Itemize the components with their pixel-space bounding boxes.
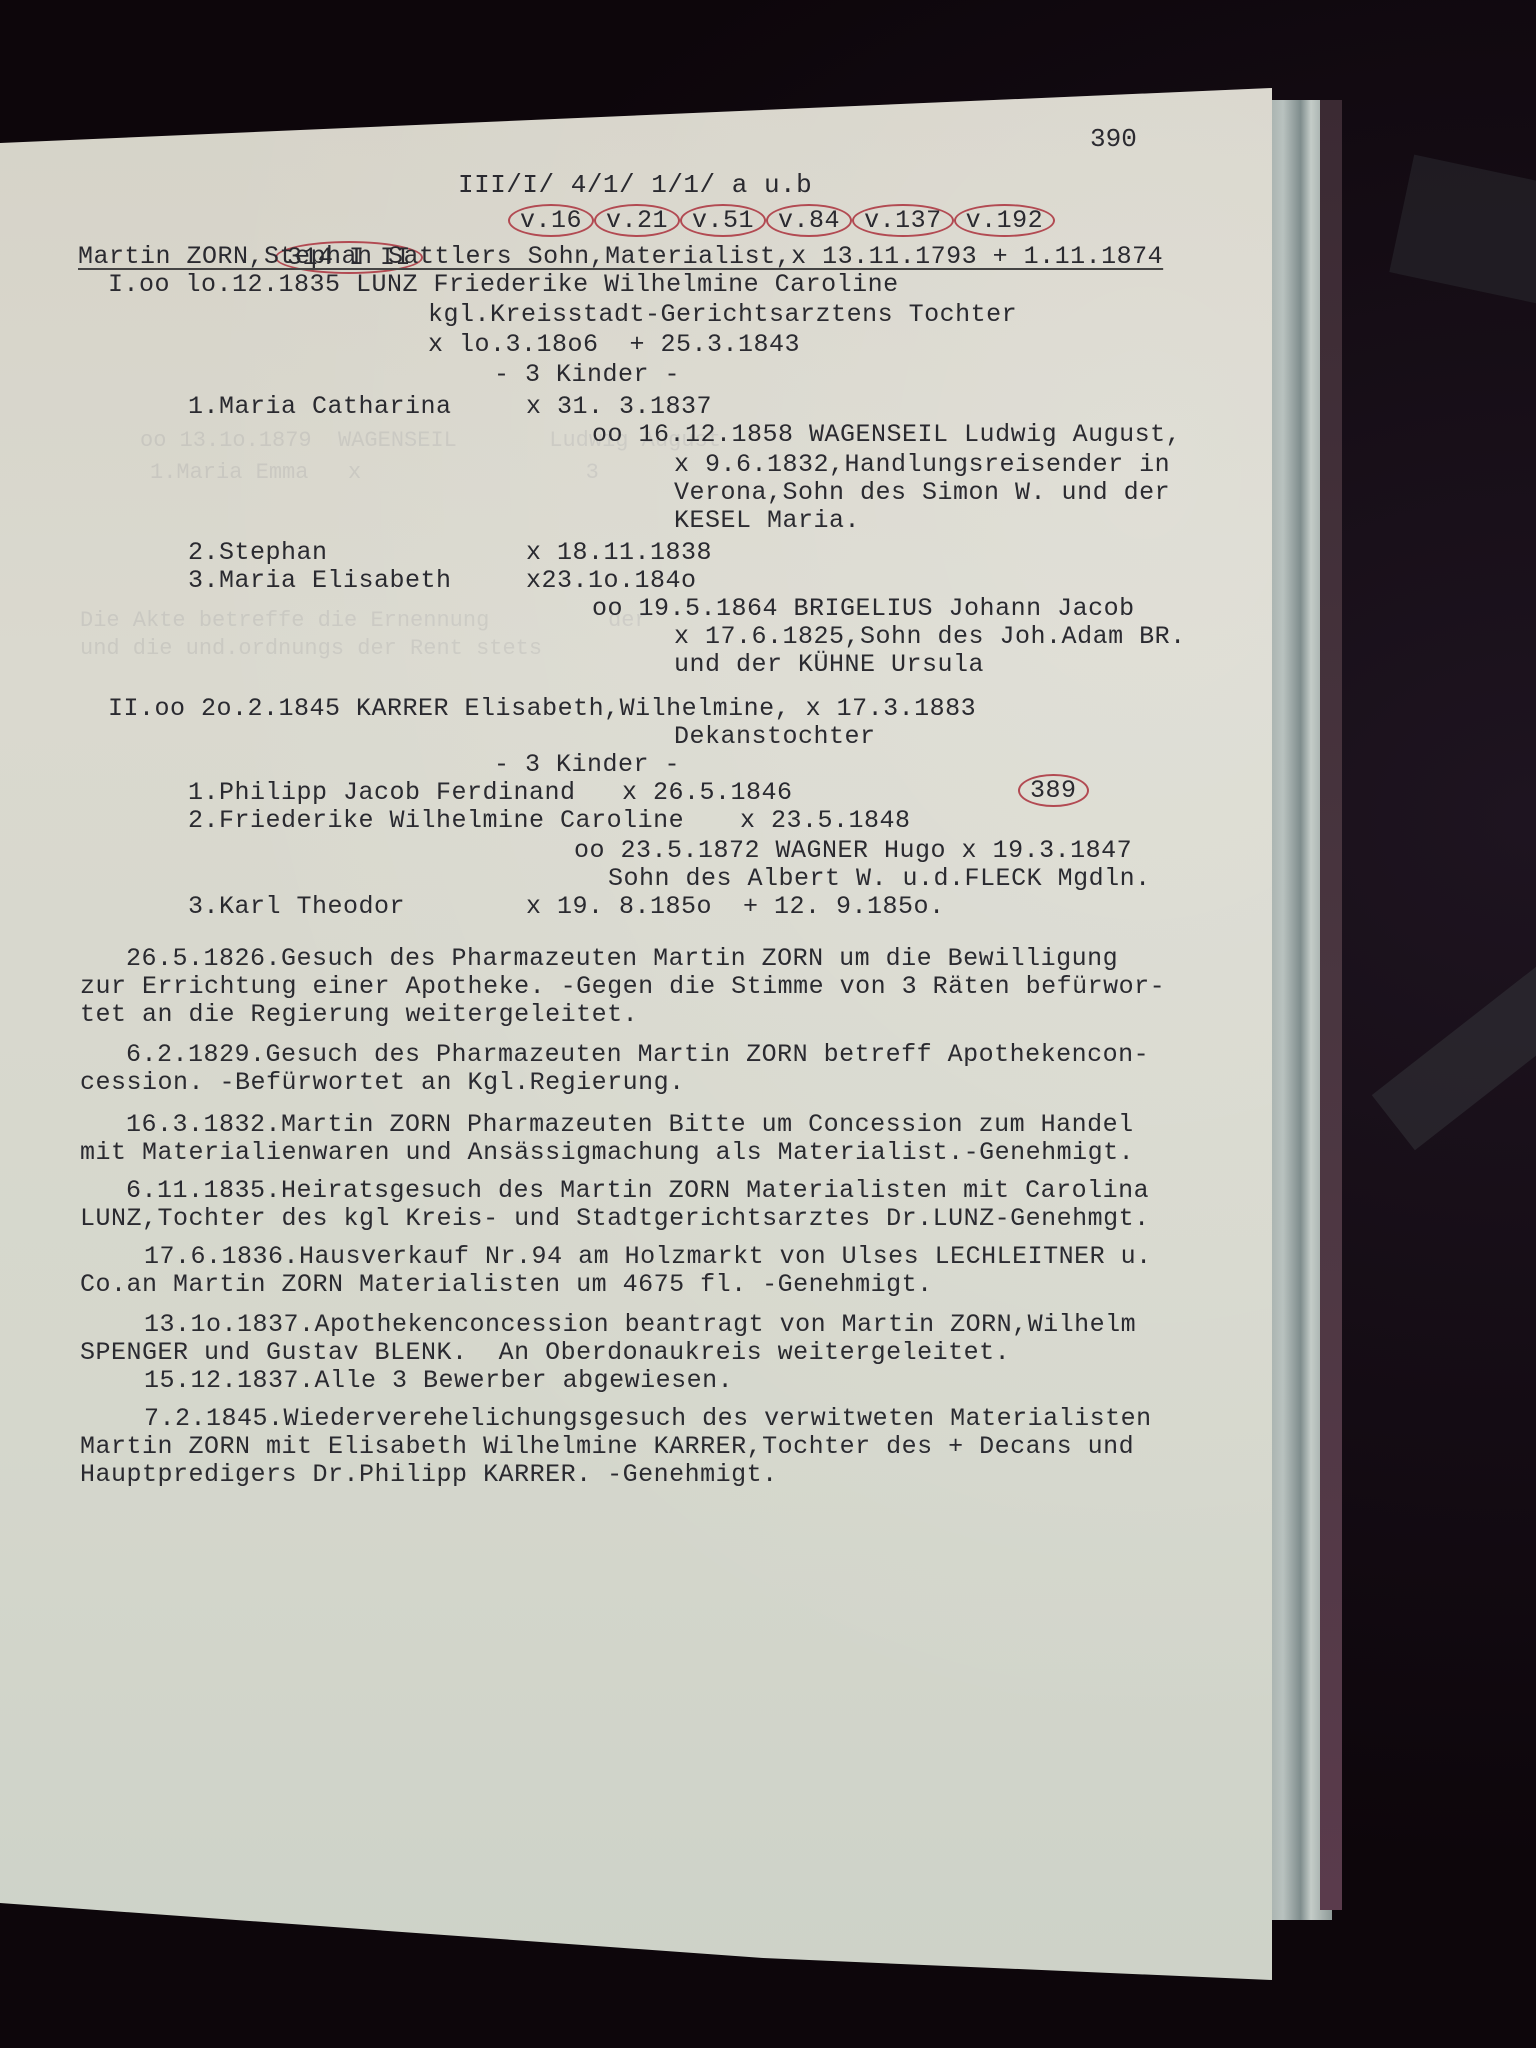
book-cover-edge	[1320, 100, 1342, 1910]
record-line: Martin ZORN mit Elisabeth Wilhelmine KAR…	[80, 1432, 1134, 1461]
volume-ref: v.192	[954, 204, 1056, 237]
record-line: 13.1o.1837.Apothekenconcession beantragt…	[144, 1310, 1136, 1339]
child-note: oo 23.5.1872 WAGNER Hugo x 19.3.1847	[574, 836, 1132, 865]
child-birth: x 18.11.1838	[526, 538, 712, 567]
child-name: 2.Stephan	[188, 538, 328, 567]
child-name: 1.Philipp Jacob Ferdinand	[188, 778, 576, 807]
child-note: oo 19.5.1864 BRIGELIUS Johann Jacob	[592, 594, 1135, 623]
record-line: Co.an Martin ZORN Materialisten um 4675 …	[80, 1270, 933, 1299]
child-note: und der KÜHNE Ursula	[674, 650, 984, 679]
marriage-1-detail: kgl.Kreisstadt-Gerichtsarztens Tochter	[428, 300, 1017, 329]
child-name: 1.Maria Catharina	[188, 392, 452, 421]
child-name: 3.Karl Theodor	[188, 892, 405, 921]
marriage-2-detail: Dekanstochter	[674, 722, 876, 751]
record-line: 6.2.1829.Gesuch des Pharmazeuten Martin …	[126, 1040, 1149, 1069]
child-birth: x 19. 8.185o + 12. 9.185o.	[526, 892, 945, 921]
child-birth: x 31. 3.1837	[526, 392, 712, 421]
circled-ref: 389	[1018, 774, 1089, 807]
record-line: 16.3.1832.Martin ZORN Pharmazeuten Bitte…	[126, 1110, 1134, 1139]
archive-signature: III/I/ 4/1/ 1/1/ a u.b	[458, 170, 812, 200]
children-count-1: - 3 Kinder -	[494, 360, 680, 389]
circled-ref-389: 389	[1018, 776, 1089, 805]
record-line: 15.12.1837.Alle 3 Bewerber abgewiesen.	[144, 1366, 733, 1395]
record-line: Hauptpredigers Dr.Philipp KARRER. -Geneh…	[80, 1460, 778, 1489]
record-line: zur Errichtung einer Apotheke. -Gegen di…	[80, 972, 1165, 1001]
marriage-2: II.oo 2o.2.1845 KARRER Elisabeth,Wilhelm…	[108, 694, 976, 723]
volume-refs: v.16v.21v.51v.84v.137v.192	[508, 206, 1055, 235]
bleed-through-text: Die Akte betreffe die Ernennung der	[80, 608, 648, 633]
bleed-through-text: 1.Maria Emma x 3	[150, 460, 599, 485]
volume-ref: v.51	[680, 204, 766, 237]
child-birth: x 26.5.1846	[622, 778, 793, 807]
record-line: 6.11.1835.Heiratsgesuch des Martin ZORN …	[126, 1176, 1149, 1205]
person-header: Martin ZORN,Stephan Sattlers Sohn,Materi…	[78, 242, 1163, 271]
marriage-1-dates: x lo.3.18o6 + 25.3.1843	[428, 330, 800, 359]
record-line: 26.5.1826.Gesuch des Pharmazeuten Martin…	[126, 944, 1118, 973]
child-name: 3.Maria Elisabeth	[188, 566, 452, 595]
child-birth: x 23.5.1848	[740, 806, 911, 835]
record-line: cession. -Befürwortet an Kgl.Regierung.	[80, 1068, 685, 1097]
child-name: 2.Friederike Wilhelmine Caroline	[188, 806, 684, 835]
child-note: x 17.6.1825,Sohn des Joh.Adam BR.	[674, 622, 1186, 651]
child-note: x 9.6.1832,Handlungsreisender in	[674, 450, 1170, 479]
child-note: oo 16.12.1858 WAGENSEIL Ludwig August,	[592, 420, 1181, 449]
child-note: Verona,Sohn des Simon W. und der	[674, 478, 1170, 507]
children-count-2: - 3 Kinder -	[494, 750, 680, 779]
record-line: 7.2.1845.Wiederverehelichungsgesuch des …	[144, 1404, 1152, 1433]
child-note: Sohn des Albert W. u.d.FLECK Mgdln.	[608, 864, 1151, 893]
record-line: LUNZ,Tochter des kgl Kreis- und Stadtger…	[80, 1204, 1150, 1233]
record-line: 17.6.1836.Hausverkauf Nr.94 am Holzmarkt…	[144, 1242, 1152, 1271]
volume-ref: v.16	[508, 204, 594, 237]
record-line: SPENGER und Gustav BLENK. An Oberdonaukr…	[80, 1338, 1010, 1367]
record-line: mit Materialienwaren und Ansässigmachung…	[80, 1138, 1134, 1167]
child-note: KESEL Maria.	[674, 506, 860, 535]
volume-ref: v.84	[766, 204, 852, 237]
volume-ref: v.21	[594, 204, 680, 237]
record-line: tet an die Regierung weitergeleitet.	[80, 1000, 638, 1029]
child-birth: x23.1o.184o	[526, 566, 697, 595]
bleed-through-text: und die und.ordnungs der Rent stets	[80, 636, 542, 661]
volume-ref: v.137	[852, 204, 954, 237]
marriage-1: I.oo lo.12.1835 LUNZ Friederike Wilhelmi…	[108, 270, 899, 299]
page-number: 390	[1090, 124, 1137, 154]
